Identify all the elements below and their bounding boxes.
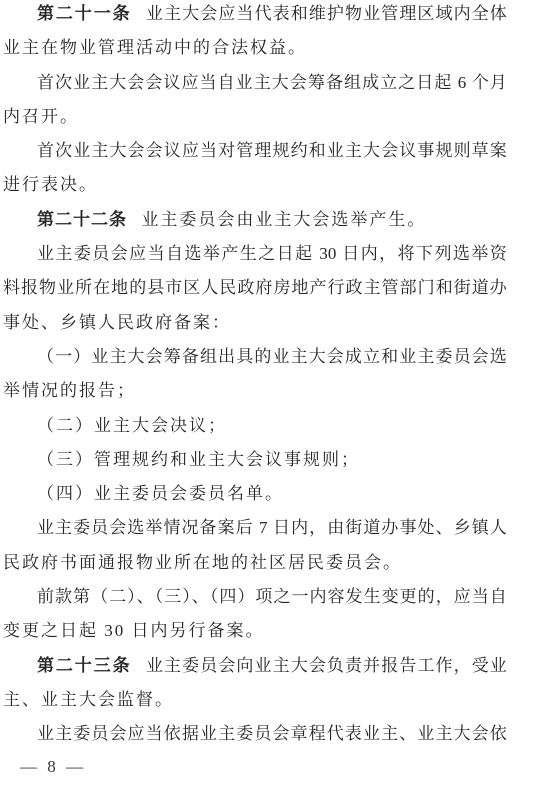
text-line: 举情况的报告； — [3, 374, 507, 408]
line-text: 变更之日起 30 日内另行备案。 — [3, 621, 265, 640]
text-line: 业主委员会应当依据业主委员会章程代表业主、业主大会依 — [3, 717, 507, 751]
text-line: 进行表决。 — [3, 168, 507, 202]
line-text: （二）业主大会决议； — [37, 416, 227, 435]
text-line: 事处、乡镇人民政府备案： — [3, 306, 507, 340]
line-text: 首次业主大会会议应当对管理规约和业主大会议事规则草案 — [37, 141, 507, 160]
document-body: 第二十一条业主大会应当代表和维护物业管理区域内全体 业主在物业管理活动中的合法权… — [3, 0, 507, 752]
article-number: 第二十二条 — [37, 210, 127, 229]
line-text: 业主委员会向业主大会负责并报告工作，受业 — [146, 656, 507, 675]
text-line: 第二十三条业主委员会向业主大会负责并报告工作，受业 — [3, 649, 507, 683]
line-text: 民政府书面通报物业所在地的社区居民委员会。 — [3, 553, 402, 572]
line-text: 料报物业所在地的县市区人民政府房地产行政主管部门和街道办 — [3, 278, 507, 297]
line-text: 进行表决。 — [3, 175, 98, 194]
text-line: （四）业主委员会委员名单。 — [3, 477, 507, 511]
line-text: 首次业主大会会议应当自业主大会筹备组成立之日起 6 个月 — [37, 73, 507, 92]
text-line: 变更之日起 30 日内另行备案。 — [3, 614, 507, 648]
text-line: 前款第（二）、（三）、（四）项之一内容发生变更的，应当自 — [3, 580, 507, 614]
line-text: 业主委员会应当依据业主委员会章程代表业主、业主大会依 — [37, 724, 507, 743]
document-page: { "colors": { "background": "#ffffff", "… — [0, 0, 533, 789]
line-text: 主、业主大会监督。 — [3, 690, 174, 709]
text-line: 第二十二条业主委员会由业主大会选举产生。 — [3, 203, 507, 237]
article-number: 第二十一条 — [37, 4, 132, 23]
line-text: 内召开。 — [3, 107, 79, 126]
line-text: 业主大会应当代表和维护物业管理区域内全体 — [146, 4, 507, 23]
page-number: — 8 — — [20, 757, 86, 777]
text-line: 民政府书面通报物业所在地的社区居民委员会。 — [3, 546, 507, 580]
text-line: 第二十一条业主大会应当代表和维护物业管理区域内全体 — [3, 0, 507, 31]
line-text: 举情况的报告； — [3, 381, 136, 400]
text-line: 业主在物业管理活动中的合法权益。 — [3, 31, 507, 65]
line-text: 业主委员会选举情况备案后 7 日内，由街道办事处、乡镇人 — [37, 518, 507, 537]
text-line: 业主委员会选举情况备案后 7 日内，由街道办事处、乡镇人 — [3, 511, 507, 545]
line-text: 业主委员会应当自选举产生之日起 30 日内，将下列选举资 — [37, 244, 507, 263]
line-text: （四）业主委员会委员名单。 — [37, 484, 284, 503]
line-text: （三）管理规约和业主大会议事规则； — [37, 450, 360, 469]
text-line: 首次业主大会会议应当对管理规约和业主大会议事规则草案 — [3, 134, 507, 168]
text-line: 主、业主大会监督。 — [3, 683, 507, 717]
text-line: （一）业主大会筹备组出具的业主大会成立和业主委员会选 — [3, 340, 507, 374]
line-text: 业主在物业管理活动中的合法权益。 — [3, 38, 307, 57]
text-line: （三）管理规约和业主大会议事规则； — [3, 443, 507, 477]
text-line: 首次业主大会会议应当自业主大会筹备组成立之日起 6 个月 — [3, 66, 507, 100]
article-number: 第二十三条 — [37, 656, 132, 675]
line-text: 事处、乡镇人民政府备案： — [3, 313, 231, 332]
text-line: 内召开。 — [3, 100, 507, 134]
text-line: 料报物业所在地的县市区人民政府房地产行政主管部门和街道办 — [3, 271, 507, 305]
text-line: （二）业主大会决议； — [3, 409, 507, 443]
text-line: 业主委员会应当自选举产生之日起 30 日内，将下列选举资 — [3, 237, 507, 271]
line-text: （一）业主大会筹备组出具的业主大会成立和业主委员会选 — [37, 347, 507, 366]
line-text: 业主委员会由业主大会选举产生。 — [141, 210, 426, 229]
line-text: 前款第（二）、（三）、（四）项之一内容发生变更的，应当自 — [37, 587, 507, 606]
